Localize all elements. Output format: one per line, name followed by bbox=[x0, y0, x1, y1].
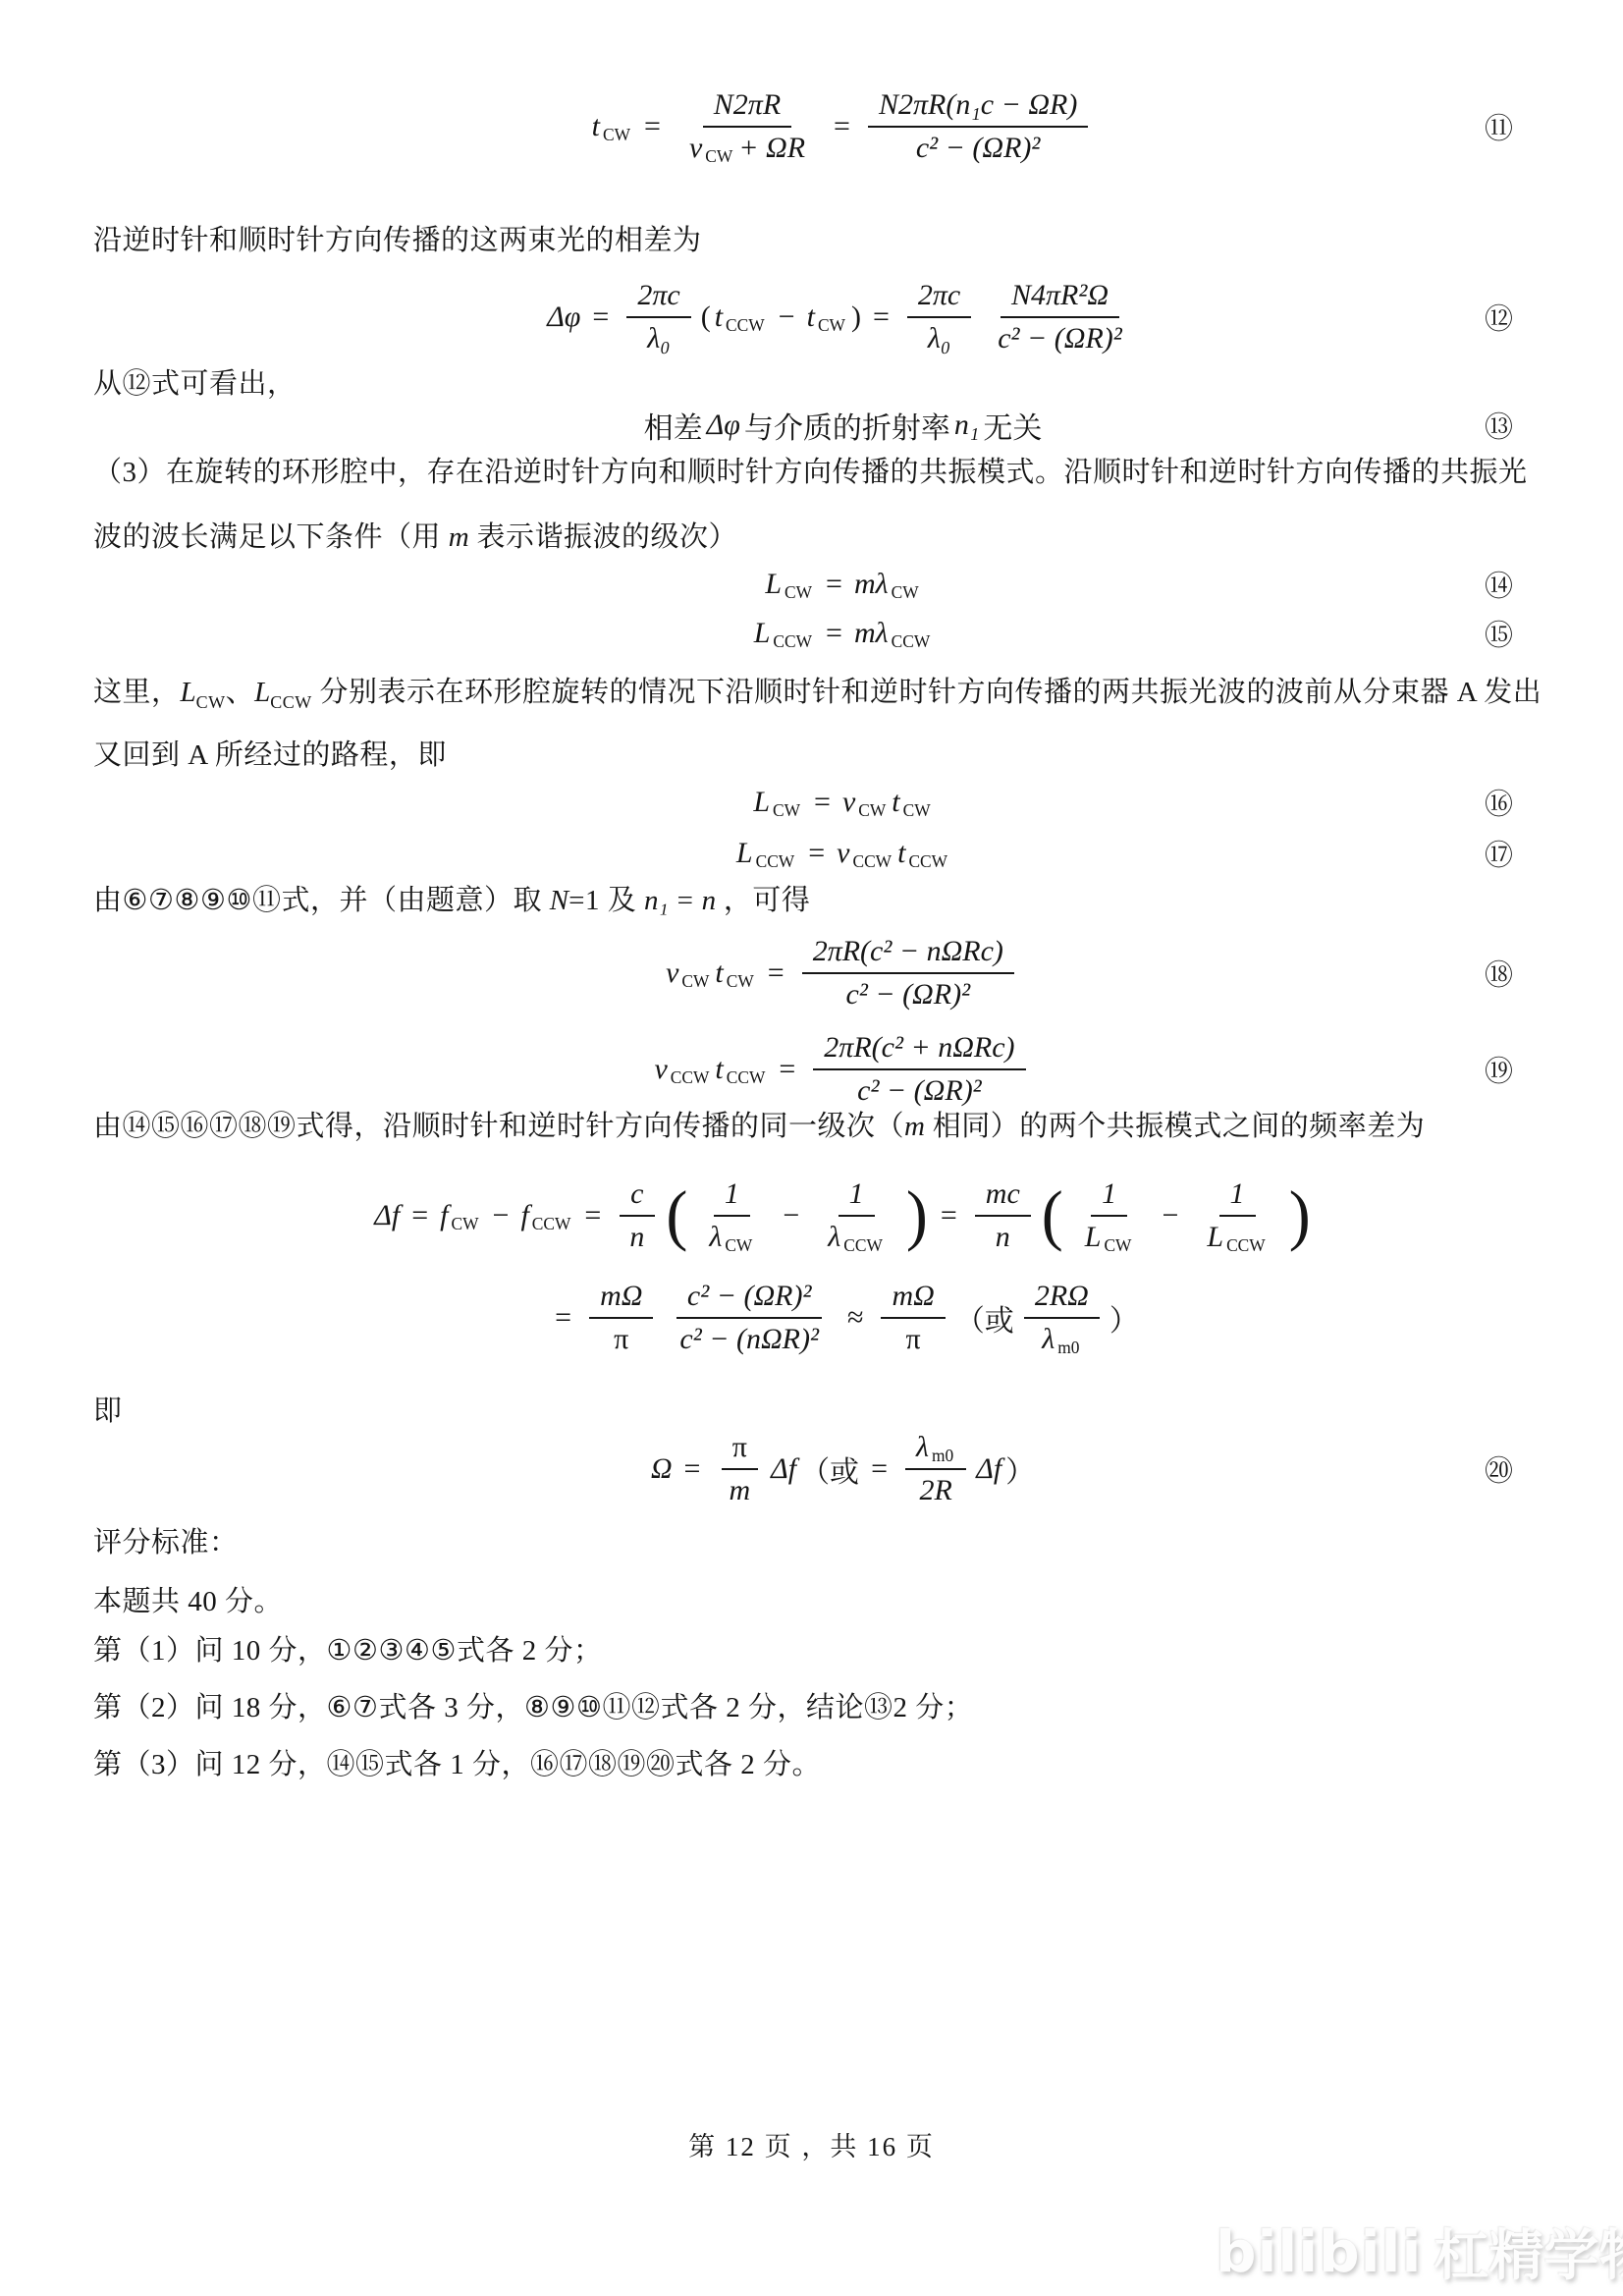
math-text: （或 bbox=[800, 1448, 859, 1491]
math-variable: 2R bbox=[919, 1473, 951, 1508]
math-variable: Δf bbox=[374, 1199, 400, 1232]
equation-20: Ω=πmΔf（或=λm02RΔf） ⑳ bbox=[0, 1422, 1623, 1516]
math-variable: 1 bbox=[1230, 1176, 1245, 1212]
math-text: 波的波长满足以下条件（用 bbox=[93, 521, 449, 553]
equation-13-math: 相差 Δφ 与介质的折射率 n₁ 无关 bbox=[31, 401, 1623, 450]
math-subscript: CCW bbox=[671, 1066, 710, 1087]
math-variable: mΩ bbox=[600, 1279, 642, 1314]
math-subscript: CCW bbox=[1226, 1234, 1266, 1255]
math-variable: f bbox=[440, 1199, 448, 1232]
math-text: π bbox=[732, 1430, 747, 1465]
math-variable: m bbox=[904, 1111, 925, 1142]
equation-delta-f-line-2-math: =mΩπc² − (ΩR)²c² − (nΩR)²≈mΩπ（或2RΩλm0） bbox=[31, 1271, 1623, 1365]
paragraph-3-line-2: 波的波长满足以下条件（用 m 表示谐振波的级次） bbox=[93, 519, 1537, 557]
math-operator: = bbox=[592, 301, 609, 334]
math-fraction: 2πcλ₀ bbox=[626, 278, 690, 356]
math-variable: n₁ bbox=[954, 409, 979, 442]
math-text: 表示谐振波的级次） bbox=[469, 521, 737, 553]
math-text: 、 bbox=[226, 677, 255, 708]
math-operator: = bbox=[779, 1053, 795, 1086]
math-text: 与介质的折射率 bbox=[744, 404, 950, 447]
math-operator: = bbox=[873, 301, 890, 334]
math-text: ） bbox=[1109, 1296, 1139, 1339]
equation-15-math: LCCW=mλCCW bbox=[31, 609, 1623, 658]
math-subscript: CCW bbox=[773, 630, 812, 651]
math-variable: t bbox=[715, 1053, 723, 1086]
math-subscript: CW bbox=[196, 692, 226, 712]
math-variable: t bbox=[892, 786, 899, 819]
equation-12: Δφ=2πcλ₀(tCCW−tCW)=2πcλ₀N4πR²Ωc² − (ΩR)²… bbox=[0, 263, 1623, 371]
math-subscript: CW bbox=[452, 1213, 479, 1233]
math-variable: 1 bbox=[849, 1176, 864, 1212]
math-variable: v bbox=[842, 786, 855, 819]
math-variable: mΩ bbox=[892, 1279, 934, 1314]
math-operator: − bbox=[779, 301, 795, 334]
math-variable: N2πR(n₁c − ΩR) bbox=[879, 87, 1077, 123]
math-operator: = bbox=[644, 110, 661, 143]
explanation-line-1: 这里，LCW、LCCW 分别表示在环形腔旋转的情况下沿顺时针和逆时针方向传播的两… bbox=[93, 674, 1537, 714]
math-subscript: CW bbox=[892, 581, 919, 602]
equation-18-math: vCWtCW=2πR(c² − nΩRc)c² − (ΩR)² bbox=[31, 921, 1623, 1025]
equation-14-number: ⑭ bbox=[1485, 565, 1513, 605]
math-variable: L bbox=[1085, 1220, 1102, 1255]
math-text: 分别表示在环形腔旋转的情况下沿顺时针和逆时针方向传播的两共振光波的波前从分束器 … bbox=[312, 677, 1542, 708]
equation-18: vCWtCW=2πR(c² − nΩRc)c² − (ΩR)² ⑱ bbox=[0, 921, 1623, 1025]
math-variable: v bbox=[689, 131, 702, 166]
scoring-question-1: 第（1）问 10 分，①②③④⑤式各 2 分； bbox=[93, 1632, 1537, 1670]
math-subscript: CCW bbox=[726, 314, 765, 335]
scoring-question-2: 第（2）问 18 分，⑥⑦式各 3 分，⑧⑨⑩⑪⑫式各 2 分，结论⑬2 分； bbox=[93, 1689, 1537, 1727]
scoring-question-3: 第（3）问 12 分，⑭⑮式各 1 分，⑯⑰⑱⑲⑳式各 2 分。 bbox=[93, 1746, 1537, 1784]
math-fraction: mΩπ bbox=[881, 1279, 945, 1357]
math-operator: = bbox=[826, 568, 842, 601]
math-variable: L bbox=[754, 617, 771, 650]
document-page: tCW=N2πRvCW+ ΩR=N2πR(n₁c − ΩR)c² − (ΩR)²… bbox=[0, 0, 1623, 2296]
equation-12-number: ⑫ bbox=[1485, 298, 1513, 338]
math-variable: m bbox=[449, 521, 469, 553]
math-operator: ≈ bbox=[847, 1301, 863, 1335]
math-variable: v bbox=[837, 837, 849, 870]
equation-16: LCW=vCWtCW ⑯ bbox=[0, 778, 1623, 827]
equation-13: 相差 Δφ 与介质的折射率 n₁ 无关 ⑬ bbox=[0, 401, 1623, 450]
math-subscript: CCW bbox=[270, 692, 311, 712]
math-fraction: 2RΩλm0 bbox=[1024, 1279, 1100, 1357]
equation-17: LCCW=vCCWtCCW ⑰ bbox=[0, 829, 1623, 878]
math-text: （或 bbox=[955, 1296, 1014, 1339]
math-variable: 2πR(c² + nΩRc) bbox=[824, 1030, 1014, 1066]
equation-11-math: tCW=N2πRvCW+ ΩR=N2πR(n₁c − ΩR)c² − (ΩR)² bbox=[31, 67, 1623, 187]
math-variable: mc bbox=[986, 1176, 1020, 1212]
math-subscript: CW bbox=[725, 1234, 752, 1255]
equation-16-math: LCW=vCWtCW bbox=[31, 778, 1623, 827]
math-subscript: CCW bbox=[892, 630, 931, 651]
math-variable: λ bbox=[828, 1220, 840, 1255]
math-variable: L bbox=[736, 837, 753, 870]
explanation-line-2: 又回到 A 所经过的路程，即 bbox=[93, 737, 1537, 775]
math-text: 相差 bbox=[644, 404, 703, 447]
equation-11-number: ⑪ bbox=[1485, 107, 1513, 147]
math-operator: − bbox=[493, 1199, 510, 1232]
math-subscript: CCW bbox=[756, 850, 795, 871]
math-subscript: CW bbox=[903, 799, 931, 820]
math-variable: Δf bbox=[771, 1452, 796, 1486]
math-subscript: CCW bbox=[532, 1213, 571, 1233]
math-fraction: 1LCCW bbox=[1196, 1176, 1277, 1255]
math-text: ） bbox=[1005, 1448, 1035, 1491]
equation-delta-f-line-2: =mΩπc² − (ΩR)²c² − (nΩR)²≈mΩπ（或2RΩλm0） bbox=[0, 1271, 1623, 1365]
scoring-title: 评分标准： bbox=[93, 1524, 1537, 1562]
math-fraction: 1λCCW bbox=[817, 1176, 895, 1255]
equation-11: tCW=N2πRvCW+ ΩR=N2πR(n₁c − ΩR)c² − (ΩR)²… bbox=[0, 67, 1623, 187]
math-variable: n₁ = n bbox=[644, 885, 716, 916]
equation-19-math: vCCWtCCW=2πR(c² + nΩRc)c² − (ΩR)² bbox=[31, 1017, 1623, 1121]
math-fraction: c² − (ΩR)²c² − (nΩR)² bbox=[669, 1279, 830, 1357]
math-variable: n bbox=[996, 1220, 1010, 1255]
equation-19-number: ⑲ bbox=[1485, 1050, 1513, 1090]
math-variable: L bbox=[765, 568, 782, 601]
math-variable: f bbox=[520, 1199, 528, 1232]
math-variable: λ₀ bbox=[647, 321, 670, 356]
math-variable: t bbox=[592, 110, 600, 143]
math-fraction: N2πRvCW+ ΩR bbox=[678, 87, 816, 166]
math-variable: 2πc bbox=[918, 278, 960, 313]
math-text: 由⑭⑮⑯⑰⑱⑲式得，沿顺时针和逆时针方向传播的同一级次（ bbox=[93, 1111, 904, 1142]
math-variable: λ bbox=[1042, 1322, 1055, 1357]
math-fraction: 1LCW bbox=[1074, 1176, 1145, 1255]
line-from-eq12: 从⑫式可看出， bbox=[93, 365, 1537, 404]
math-text: 由⑥⑦⑧⑨⑩⑪式，并（由题意）取 bbox=[93, 885, 550, 916]
math-variable: Δφ bbox=[547, 301, 580, 334]
math-paren: ) bbox=[906, 1181, 928, 1249]
math-operator: = bbox=[871, 1452, 888, 1486]
math-subscript: CW bbox=[858, 799, 886, 820]
math-subscript: m0 bbox=[1057, 1337, 1079, 1357]
math-variable: λ bbox=[709, 1220, 722, 1255]
math-subscript: CCW bbox=[908, 850, 947, 871]
equation-14-math: LCW=mλCW bbox=[31, 560, 1623, 609]
equation-delta-f-line-1: Δf=fCW−fCCW=cn(1λCW−1λCCW)=mcn(1LCW−1LCC… bbox=[0, 1159, 1623, 1273]
math-operator: = bbox=[826, 617, 842, 650]
math-variable: L bbox=[181, 677, 196, 708]
math-fraction: 2πR(c² − nΩRc)c² − (ΩR)² bbox=[802, 934, 1014, 1012]
math-operator: = bbox=[768, 957, 784, 990]
math-variable: c² − (ΩR)² bbox=[998, 321, 1122, 356]
math-variable: c² − (ΩR)² bbox=[687, 1279, 812, 1314]
math-subscript: CW bbox=[727, 970, 754, 991]
math-variable: N4πR²Ω bbox=[1011, 278, 1109, 313]
math-fraction: N4πR²Ωc² − (ΩR)² bbox=[987, 278, 1133, 356]
math-variable: t bbox=[715, 301, 723, 334]
math-variable: L bbox=[1207, 1220, 1223, 1255]
math-subscript: CCW bbox=[727, 1066, 766, 1087]
equation-14: LCW=mλCW ⑭ bbox=[0, 560, 1623, 609]
math-fraction: mΩπ bbox=[589, 1279, 653, 1357]
line-from-eq6-11: 由⑥⑦⑧⑨⑩⑪式，并（由题意）取 N=1 及 n₁ = n ，可得 bbox=[93, 882, 1537, 920]
math-variable: N2πR bbox=[714, 87, 781, 123]
math-text: π bbox=[614, 1322, 628, 1357]
math-variable: c² − (ΩR)² bbox=[846, 977, 971, 1012]
math-text: ) bbox=[851, 301, 861, 334]
math-variable: 2RΩ bbox=[1035, 1279, 1089, 1314]
math-fraction: N2πR(n₁c − ΩR)c² − (ΩR)² bbox=[868, 87, 1088, 166]
math-variable: L bbox=[254, 677, 270, 708]
watermark: bilibili 杠精学物理 bbox=[1216, 2212, 1623, 2292]
math-operator: = bbox=[814, 786, 831, 819]
math-subscript: CCW bbox=[843, 1234, 883, 1255]
equation-20-math: Ω=πmΔf（或=λm02RΔf） bbox=[31, 1422, 1623, 1516]
math-variable: λ₀ bbox=[928, 321, 950, 356]
math-subscript: CW bbox=[681, 970, 709, 991]
math-variable: t bbox=[807, 301, 815, 334]
math-subscript: CW bbox=[1104, 1234, 1131, 1255]
line-from-eq14-19: 由⑭⑮⑯⑰⑱⑲式得，沿顺时针和逆时针方向传播的同一级次（m 相同）的两个共振模式… bbox=[93, 1108, 1537, 1146]
equation-12-math: Δφ=2πcλ₀(tCCW−tCW)=2πcλ₀N4πR²Ωc² − (ΩR)² bbox=[31, 263, 1623, 371]
math-variable: t bbox=[715, 957, 723, 990]
math-text: 无关 bbox=[983, 404, 1042, 447]
math-paren: ( bbox=[666, 1181, 687, 1249]
math-paren: ( bbox=[1042, 1181, 1063, 1249]
math-fraction: πm bbox=[718, 1430, 761, 1508]
math-operator: − bbox=[783, 1199, 799, 1232]
math-variable: λ bbox=[916, 1430, 929, 1465]
math-variable: mλ bbox=[854, 568, 889, 601]
equation-13-number: ⑬ bbox=[1485, 406, 1513, 446]
math-operator: = bbox=[941, 1199, 957, 1232]
math-variable: n bbox=[629, 1220, 644, 1255]
equation-16-number: ⑯ bbox=[1485, 783, 1513, 823]
line-phase-difference: 沿逆时针和顺时针方向传播的这两束光的相差为 bbox=[93, 222, 1537, 260]
math-variable: + ΩR bbox=[738, 131, 805, 166]
math-text: π bbox=[906, 1322, 921, 1357]
math-subscript: m0 bbox=[932, 1445, 953, 1465]
watermark-label: 杠精学物理 bbox=[1434, 2213, 1623, 2291]
math-fraction: 2πcλ₀ bbox=[907, 278, 971, 356]
math-paren: ) bbox=[1289, 1181, 1311, 1249]
math-variable: 2πR(c² − nΩRc) bbox=[813, 934, 1003, 969]
math-variable: m bbox=[729, 1473, 750, 1508]
math-variable: Δφ bbox=[707, 409, 740, 442]
math-fraction: mcn bbox=[975, 1176, 1031, 1255]
math-variable: N bbox=[550, 885, 568, 916]
math-fraction: cn bbox=[619, 1176, 655, 1255]
equation-delta-f-line-1-math: Δf=fCW−fCCW=cn(1λCW−1λCCW)=mcn(1LCW−1LCC… bbox=[31, 1159, 1623, 1273]
equation-17-number: ⑰ bbox=[1485, 834, 1513, 874]
equation-18-number: ⑱ bbox=[1485, 954, 1513, 994]
math-subscript: CW bbox=[705, 145, 732, 166]
math-variable: c bbox=[630, 1176, 643, 1212]
math-fraction: λm02R bbox=[905, 1430, 966, 1508]
math-variable: L bbox=[753, 786, 770, 819]
math-variable: c² − (nΩR)² bbox=[679, 1322, 819, 1357]
math-variable: c² − (ΩR)² bbox=[916, 131, 1041, 166]
math-subscript: CW bbox=[603, 124, 630, 144]
math-text: 相同）的两个共振模式之间的频率差为 bbox=[925, 1111, 1425, 1142]
math-operator: = bbox=[555, 1301, 571, 1335]
scoring-total: 本题共 40 分。 bbox=[93, 1583, 1537, 1621]
math-operator: − bbox=[1162, 1199, 1178, 1232]
math-subscript: CW bbox=[784, 581, 812, 602]
equation-15: LCCW=mλCCW ⑮ bbox=[0, 609, 1623, 658]
math-fraction: 1λCW bbox=[698, 1176, 765, 1255]
math-operator: = bbox=[808, 837, 825, 870]
math-operator: = bbox=[684, 1452, 701, 1486]
math-variable: v bbox=[666, 957, 678, 990]
math-operator: = bbox=[834, 110, 850, 143]
bilibili-logo: bilibili bbox=[1216, 2218, 1422, 2285]
math-variable: 2πc bbox=[637, 278, 679, 313]
paragraph-3-line-1: （3）在旋转的环形腔中，存在沿逆时针方向和顺时针方向传播的共振模式。沿顺时针和逆… bbox=[93, 454, 1537, 492]
math-text: ( bbox=[701, 301, 711, 334]
math-fraction: 2πR(c² + nΩRc)c² − (ΩR)² bbox=[813, 1030, 1025, 1109]
math-text: 这里， bbox=[93, 677, 181, 708]
math-variable: 1 bbox=[725, 1176, 739, 1212]
math-operator: = bbox=[584, 1199, 601, 1232]
equation-20-number: ⑳ bbox=[1485, 1449, 1513, 1490]
equation-15-number: ⑮ bbox=[1485, 614, 1513, 654]
equation-19: vCCWtCCW=2πR(c² + nΩRc)c² − (ΩR)² ⑲ bbox=[0, 1017, 1623, 1121]
math-text: =1 及 bbox=[568, 885, 644, 916]
math-variable: c² − (ΩR)² bbox=[857, 1073, 982, 1109]
math-variable: Δf bbox=[976, 1452, 1001, 1486]
math-text: ，可得 bbox=[716, 885, 810, 916]
math-variable: t bbox=[897, 837, 905, 870]
math-subscript: CW bbox=[773, 799, 800, 820]
math-operator: = bbox=[411, 1199, 428, 1232]
math-variable: v bbox=[654, 1053, 667, 1086]
math-subscript: CW bbox=[818, 314, 845, 335]
math-variable: 1 bbox=[1102, 1176, 1116, 1212]
equation-17-math: LCCW=vCCWtCCW bbox=[31, 829, 1623, 878]
page-number-footer: 第 12 页 ，共 16 页 bbox=[0, 2125, 1623, 2163]
math-variable: mλ bbox=[854, 617, 889, 650]
math-subscript: CCW bbox=[852, 850, 892, 871]
math-variable: Ω bbox=[651, 1452, 673, 1486]
